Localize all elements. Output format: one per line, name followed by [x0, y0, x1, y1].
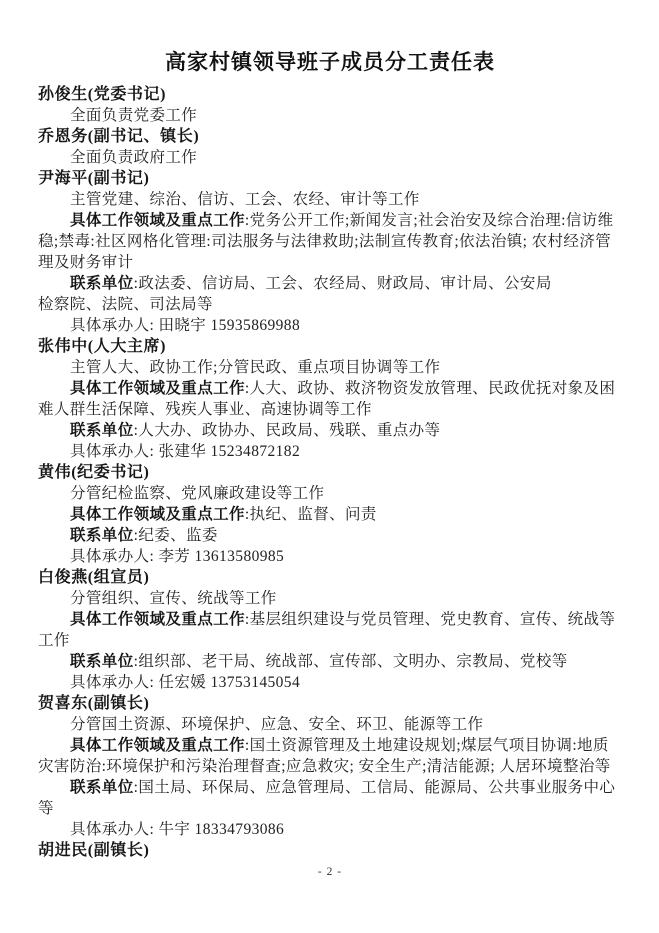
line-text: 具体承办人: 任宏媛 13753145054: [70, 674, 300, 691]
member-line: 具体工作领域及重点工作:人大、政协、救济物资发放管理、民政优抚对象及困难人群生活…: [38, 378, 622, 420]
member-line: 具体承办人: 田晓宇 15935869988: [38, 315, 622, 336]
line-text: 全面负责党委工作: [70, 107, 197, 124]
sections-root: 孙俊生(党委书记)全面负责党委工作乔恩务(副书记、镇长)全面负责政府工作尹海平(…: [38, 84, 622, 861]
member-line: 具体工作领域及重点工作:基层组织建设与党员管理、党史教育、宣传、统战等工作: [38, 609, 622, 651]
line-text: 全面负责政府工作: [70, 149, 197, 166]
line-text: :组织部、老干局、统战部、宣传部、文明办、宗教局、党校等: [134, 653, 568, 670]
member-heading: 乔恩务(副书记、镇长): [38, 126, 622, 147]
line-text: :执纪、监督、问责: [245, 506, 377, 523]
member-heading: 白俊燕(组宣员): [38, 567, 622, 588]
line-label: 联系单位: [70, 779, 134, 796]
member-line: 联系单位:政法委、信访局、工会、农经局、财政局、审计局、公安局: [38, 273, 622, 294]
line-text: :人大办、政协办、民政局、残联、重点办等: [134, 422, 441, 439]
member-line: 具体工作领域及重点工作:党务公开工作;新闻发言;社会治安及综合治理:信访维稳;禁…: [38, 210, 622, 273]
line-text: 具体承办人: 李芳 13613580985: [70, 548, 284, 565]
line-text: :政法委、信访局、工会、农经局、财政局、审计局、公安局: [134, 275, 552, 292]
line-label: 联系单位: [70, 527, 134, 544]
line-text: 分管组织、宣传、统战等工作: [70, 590, 277, 607]
member-line: 联系单位:组织部、老干局、统战部、宣传部、文明办、宗教局、党校等: [38, 651, 622, 672]
member-line: 联系单位:人大办、政协办、民政局、残联、重点办等: [38, 420, 622, 441]
line-text: 分管纪检监察、党风廉政建设等工作: [70, 485, 324, 502]
member-heading: 胡进民(副镇长): [38, 840, 622, 861]
member-line: 分管国土资源、环境保护、应急、安全、环卫、能源等工作: [38, 714, 622, 735]
member-line: 具体工作领域及重点工作:国土资源管理及土地建设规划;煤层气项目协调:地质灾害防治…: [38, 735, 622, 777]
line-text: 主管党建、综治、信访、工会、农经、审计等工作: [70, 191, 420, 208]
line-text: 检察院、法院、司法局等: [38, 296, 213, 313]
line-text: 具体承办人: 张建华 15234872182: [70, 443, 300, 460]
member-line: 分管纪检监察、党风廉政建设等工作: [38, 483, 622, 504]
member-heading: 黄伟(纪委书记): [38, 462, 622, 483]
member-heading: 张伟中(人大主席): [38, 336, 622, 357]
member-line: 具体承办人: 李芳 13613580985: [38, 546, 622, 567]
line-text: 具体承办人: 牛宇 18334793086: [70, 821, 284, 838]
member-heading: 贺喜东(副镇长): [38, 693, 622, 714]
document-page: 高家村镇领导班子成员分工责任表 孙俊生(党委书记)全面负责党委工作乔恩务(副书记…: [0, 0, 659, 933]
page-title: 高家村镇领导班子成员分工责任表: [38, 50, 622, 76]
member-line: 具体承办人: 张建华 15234872182: [38, 441, 622, 462]
member-line: 主管党建、综治、信访、工会、农经、审计等工作: [38, 189, 622, 210]
member-line: 联系单位:纪委、监委: [38, 525, 622, 546]
line-text: 主管人大、政协工作;分管民政、重点项目协调等工作: [70, 359, 440, 376]
line-text: :纪委、监委: [134, 527, 218, 544]
member-line: 全面负责党委工作: [38, 105, 622, 126]
line-label: 具体工作领域及重点工作: [70, 212, 245, 229]
member-heading: 尹海平(副书记): [38, 168, 622, 189]
line-label: 联系单位: [70, 275, 134, 292]
line-label: 具体工作领域及重点工作: [70, 506, 245, 523]
member-line: 检察院、法院、司法局等: [38, 294, 622, 315]
member-line: 联系单位:国土局、环保局、应急管理局、工信局、能源局、公共事业服务中心等: [38, 777, 622, 819]
member-heading: 孙俊生(党委书记): [38, 84, 622, 105]
member-line: 具体承办人: 牛宇 18334793086: [38, 819, 622, 840]
member-line: 主管人大、政协工作;分管民政、重点项目协调等工作: [38, 357, 622, 378]
line-label: 具体工作领域及重点工作: [70, 380, 245, 397]
line-text: 具体承办人: 田晓宇 15935869988: [70, 317, 300, 334]
line-label: 具体工作领域及重点工作: [70, 737, 245, 754]
member-line: 全面负责政府工作: [38, 147, 622, 168]
line-text: 分管国土资源、环境保护、应急、安全、环卫、能源等工作: [70, 716, 483, 733]
member-line: 分管组织、宣传、统战等工作: [38, 588, 622, 609]
line-label: 联系单位: [70, 422, 134, 439]
page-number: - 2 -: [38, 865, 622, 879]
member-line: 具体工作领域及重点工作:执纪、监督、问责: [38, 504, 622, 525]
line-label: 具体工作领域及重点工作: [70, 611, 245, 628]
line-label: 联系单位: [70, 653, 134, 670]
member-line: 具体承办人: 任宏媛 13753145054: [38, 672, 622, 693]
